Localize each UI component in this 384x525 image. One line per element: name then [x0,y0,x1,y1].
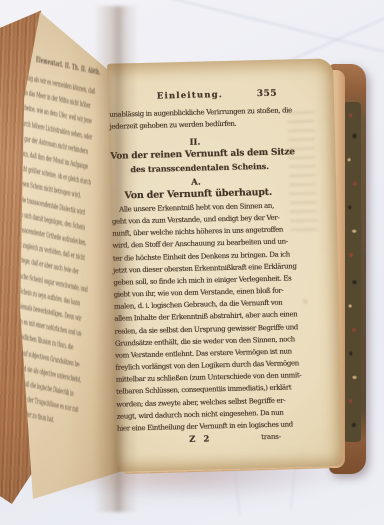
marbled-paper-edge [344,102,361,442]
gutter-shadow [94,6,138,512]
body-paragraph: Alle unsere Erkenntniß hebt von den Sinn… [111,199,299,434]
right-page: Einleitung. 355 unablässig in augenblick… [107,58,343,471]
signature-mark: Z 2 [189,434,212,445]
catchword: trans- [261,433,281,441]
foxing-spot [303,299,308,304]
page-number: 355 [257,89,278,99]
photo-scene: 354 Elementarl. II. Th. II. Abth. wenig … [0,0,384,525]
backdrop-crease [153,0,384,53]
running-head: Einleitung. [157,90,223,102]
